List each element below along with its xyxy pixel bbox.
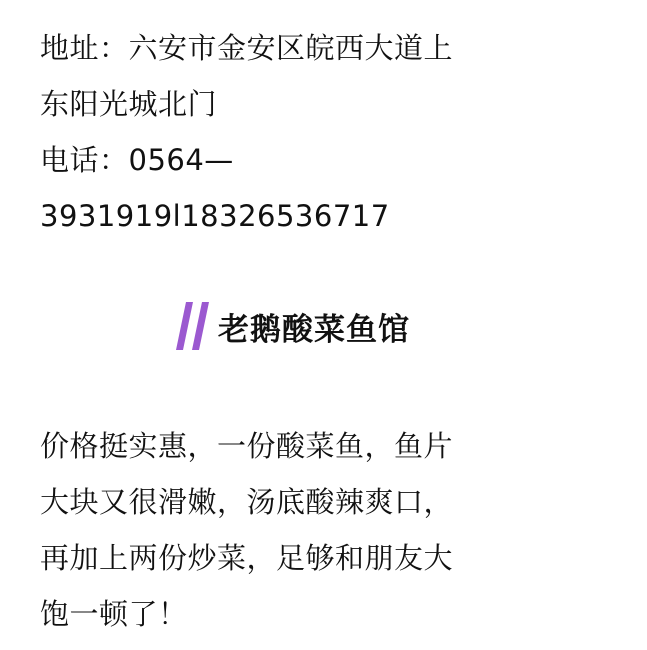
watermark [499, 598, 639, 642]
phone-line-2: 3931919l18326536717 [40, 188, 600, 244]
review-line-3: 再加上两份炒菜，足够和朋友大 [40, 530, 600, 586]
restaurant-heading: 老鹅酸菜鱼馆 [176, 296, 410, 356]
review-line-1: 价格挺实惠，一份酸菜鱼，鱼片 [40, 418, 600, 474]
phone-line-1: 电话：0564— [40, 132, 600, 188]
address-line-1: 地址：六安市金安区皖西大道上 [40, 20, 600, 76]
restaurant-name: 老鹅酸菜鱼馆 [218, 304, 410, 349]
address-paragraph: 地址：六安市金安区皖西大道上 东阳光城北门 [40, 20, 600, 132]
phone-paragraph: 电话：0564— 3931919l18326536717 [40, 132, 600, 244]
double-slash-icon [176, 298, 212, 354]
review-line-2: 大块又很滑嫩，汤底酸辣爽口， [40, 474, 600, 530]
address-line-2: 东阳光城北门 [40, 76, 600, 132]
